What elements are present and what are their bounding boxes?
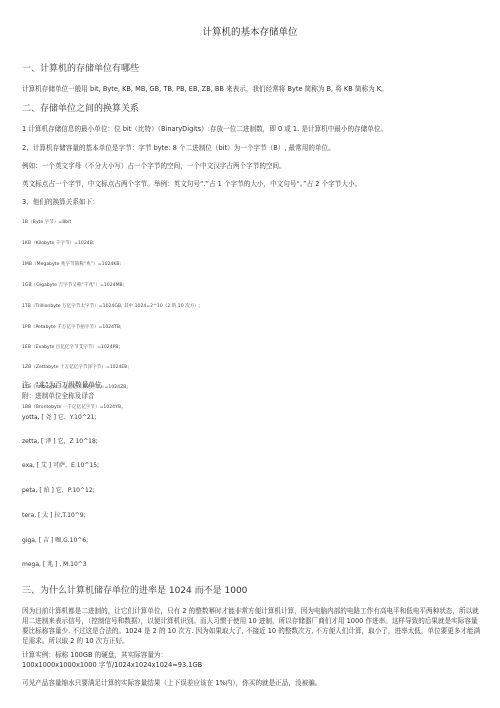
conclusion-text: 可见产品容量缩水只要满足计算的实际容量结果（上下误差应该在 1%内），你买的就是… [22,677,321,687]
note-text: 注：“兆”为百万级数量单位。 [22,379,108,389]
conversion-item: 1KB（Kilobyte 千字节）=1024B; [22,240,94,246]
prefix-item: giga, [ 吉 ] 咖,G.10^6; [22,535,88,544]
appendix-label: 附：进制单位全称及译音 [22,390,95,400]
section2-paragraph-2: 2、计算机存储容量的基本单位是字节：字节 byte: 8 个二进制位（bit）为… [22,142,335,152]
conversion-item: 1BB（Brontobyte 一千亿亿亿字节）=1024YB。 [22,404,126,410]
section2-paragraph-3: 例如：一个英文字母（不分大小写）占一个字节的空间，一个中文汉字占两个字节的空间。 [22,160,286,170]
conversion-item: 1PB（Petabyte 千万亿字节拍字节）=1024TB; [22,324,122,330]
conversion-item: 1B（Byte 字节）=8bit [22,219,71,225]
section2-paragraph-4: 英文标点占一个字节，中文标点占两个字节。举例：英文句号“.”占 1 个字节的大小… [22,178,361,188]
section3-paragraph: 因为目前计算机都是二进制的，让它们计算单位，只有 2 的整数幂时才能非常方便计算… [22,606,482,646]
conversion-item: 1EB（Exabyte 百亿亿字节艾字节）=1024PB; [22,344,120,350]
conversion-item: 1ZB（Zettabyte 十万亿亿字节泽字节）=1024EB; [22,364,129,370]
section3-heading: 三、为什么计算机储存单位的进率是 1024 而不是 1000 [22,583,247,596]
section2-heading: 二、存储单位之间的换算关系 [22,101,139,114]
prefix-item: exa, [ 艾 ] 可萨，E.10^15; [22,460,99,469]
example-formula: 100x1000x1000x1000 字节/1024x1024x1024≈93.… [22,659,202,669]
document-page: 计算机的基本存储单位 一、计算机的存储单位有哪些 计算机存储单位一般用 bit,… [0,0,500,708]
prefix-item: mega, [ 兆 ] , M.10^3 [22,559,87,568]
section2-paragraph-5: 3、他们的换算关系如下： [22,196,99,206]
example-label: 计算实例：标称 100GB 的硬盘，其实际容量为： [22,649,167,659]
prefix-item: yotta, [ 尧 ] 它，Y.10^21; [22,412,97,421]
conversion-item: 1MB（Megabyte 兆字节简称“兆”）=1024KB; [22,261,121,267]
prefix-item: peta, [ 拍 ] 它，P.10^12; [22,485,95,494]
document-title: 计算机的基本存储单位 [0,24,500,38]
section1-text: 计算机存储单位一般用 bit, Byte, KB, MB, GB, TB, PB… [22,83,388,93]
conversion-item: 1GB（Gigabyte 吉字节又称“千兆”）=1024MB; [22,282,124,288]
section2-paragraph-1: 1 计算机存储信息的最小单位：位 bit（比特）（BinaryDigits）:存… [22,123,387,133]
prefix-item: tera, [ 太 ] 拉,T.10^9; [22,510,86,519]
conversion-item: 1TB（Trillionbyte 万亿字节太字节）=1024GB, 其中 102… [22,303,200,309]
prefix-item: zetta, [ 泽 ] 它，Z 10^18; [22,436,98,445]
section1-heading: 一、计算机的存储单位有哪些 [22,61,139,74]
